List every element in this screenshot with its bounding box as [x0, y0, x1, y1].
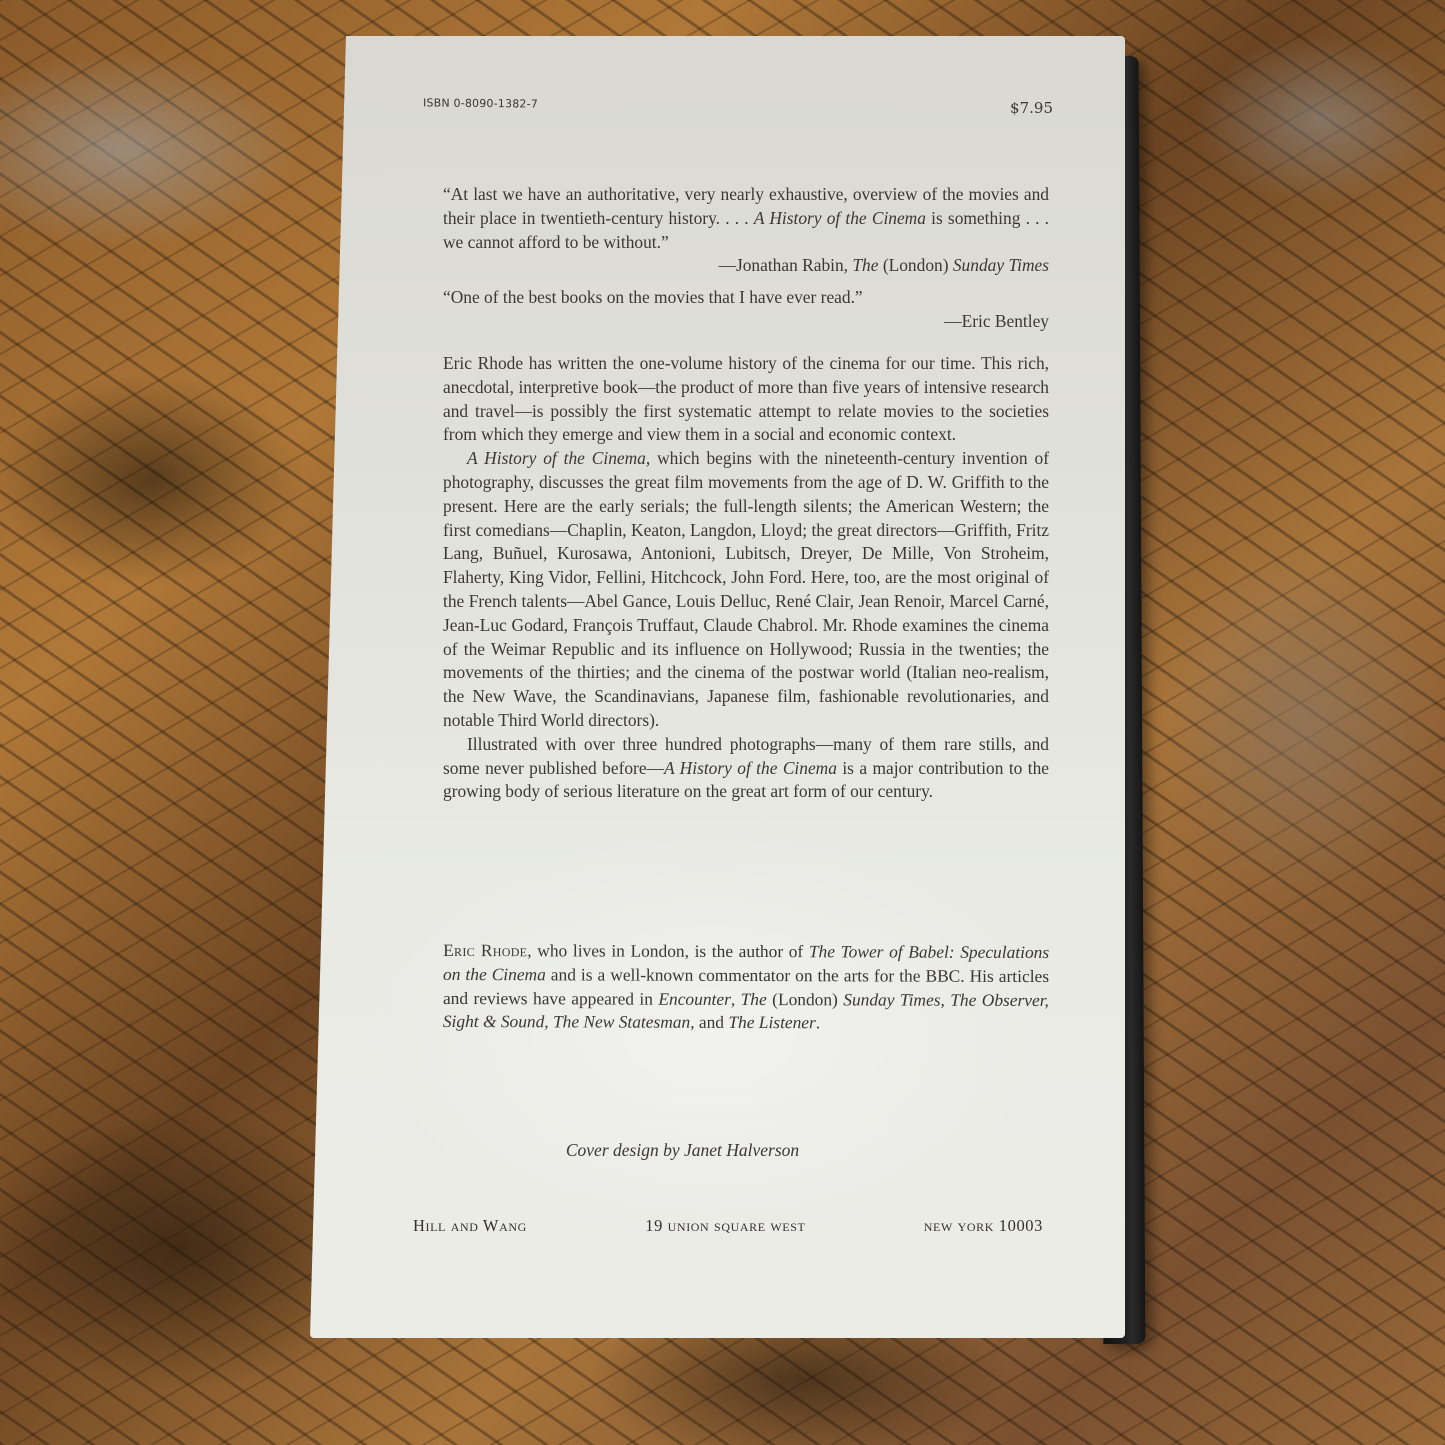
- quote-bentley: “One of the best books on the movies tha…: [443, 286, 1049, 310]
- publisher-address: 19 union square west: [645, 1216, 805, 1236]
- quote-bentley-attribution: —Eric Bentley: [443, 310, 1049, 334]
- author-bio: Eric Rhode, who lives in London, is the …: [443, 939, 1049, 1036]
- publisher-city: new york 10003: [924, 1216, 1043, 1236]
- author-name: Eric Rhode: [443, 940, 527, 960]
- cover-design-credit: Cover design by Janet Halverson: [310, 1140, 1055, 1161]
- book-description: Eric Rhode has written the one-volume hi…: [443, 352, 1049, 804]
- isbn-label: ISBN 0-8090-1382-7: [423, 96, 538, 110]
- publisher-line: Hill and Wang 19 union square west new y…: [413, 1216, 1043, 1236]
- book-back-cover: ISBN 0-8090-1382-7 $7.95 “At last we hav…: [310, 36, 1125, 1338]
- quote-rabin: “At last we have an authoritative, very …: [443, 183, 1049, 254]
- publisher-name: Hill and Wang: [413, 1216, 527, 1236]
- description-paragraph-2: A History of the Cinema, which begins wi…: [443, 447, 1049, 733]
- review-quotes: “At last we have an authoritative, very …: [443, 183, 1049, 334]
- description-paragraph-1: Eric Rhode has written the one-volume hi…: [443, 352, 1049, 447]
- price-label: $7.95: [1010, 99, 1053, 117]
- quote-rabin-attribution: —Jonathan Rabin, The (London) Sunday Tim…: [443, 254, 1049, 278]
- description-paragraph-3: Illustrated with over three hundred phot…: [443, 733, 1049, 804]
